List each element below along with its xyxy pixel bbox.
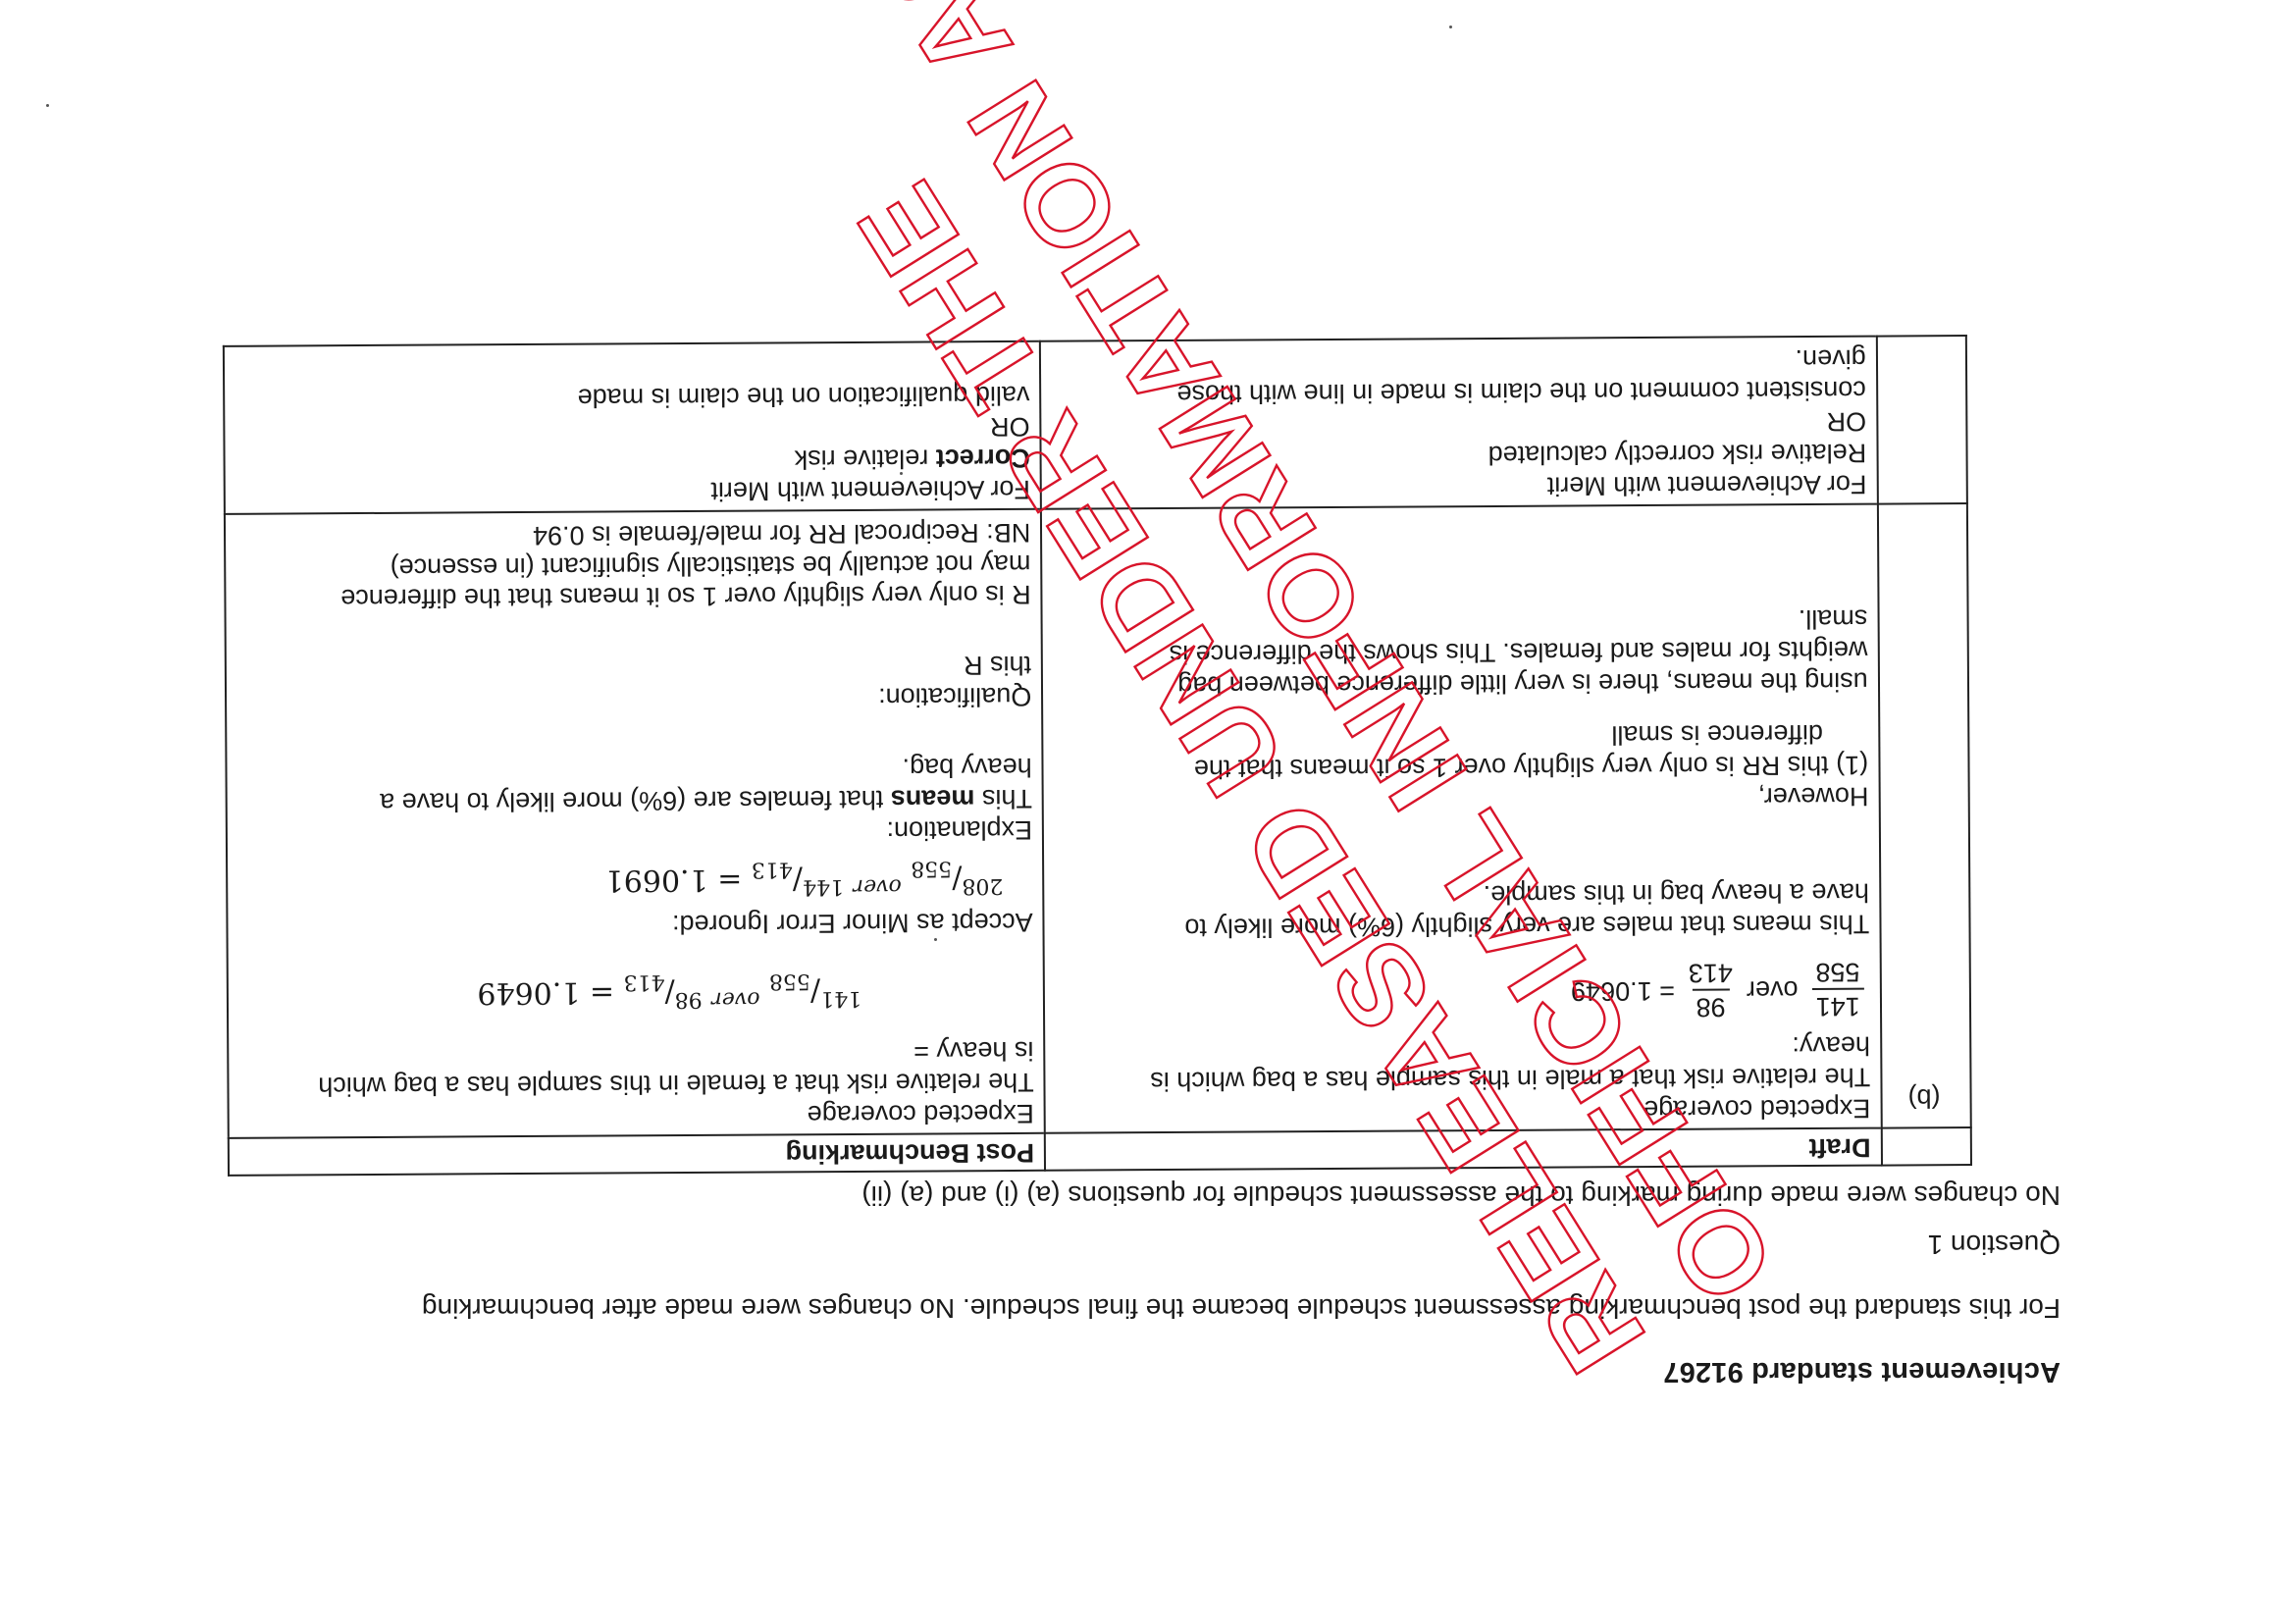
draft-meaning-2: have a heavy bag in this sample. bbox=[1054, 876, 1869, 913]
standard-title: Achievement standard 91267 bbox=[1663, 1355, 2061, 1387]
draft-means-3: small. bbox=[1053, 602, 1868, 639]
post-qualification-2: R is only very slightly over 1 so it mea… bbox=[235, 578, 1030, 614]
draft-meaning-1: This means that males are very slightly … bbox=[1055, 908, 1870, 944]
no-changes-note: No changes were made during marking to t… bbox=[861, 1179, 2061, 1211]
post-merit-2: valid qualification on the claim is made bbox=[235, 379, 1029, 415]
post-rr-calculation-1: 141/558 over 98/413 = 1.0649 bbox=[238, 966, 1033, 1014]
post-benchmarking-cell: Expected coverage The relative risk that… bbox=[225, 509, 1045, 1138]
draft-merit-1: Relative risk correctly calculated bbox=[1052, 437, 1867, 473]
draft-merit-3: given. bbox=[1051, 342, 1866, 379]
post-rr-intro-2: is heavy = bbox=[238, 1034, 1033, 1071]
table-row: (b) Expected coverage The relative risk … bbox=[225, 503, 1971, 1138]
scanned-page: Achievement standard 91267 For this stan… bbox=[0, 0, 2296, 1623]
draft-fraction-2: 98 413 bbox=[1689, 959, 1733, 1021]
draft-point-1a: (1) this RR is only very slightly over 1… bbox=[1054, 749, 1869, 785]
draft-point-1b: difference is small bbox=[1053, 717, 1868, 754]
question-heading: Question 1 bbox=[1928, 1229, 2061, 1260]
post-explanation-label: Explanation: bbox=[237, 813, 1032, 850]
draft-merit-2: consistent comment on the claim is made … bbox=[1051, 374, 1866, 410]
scan-speck bbox=[1449, 26, 1452, 28]
post-merit-heading: For Achievement with Merit bbox=[235, 473, 1030, 509]
header-draft: Draft bbox=[1045, 1128, 1882, 1171]
draft-rr-result: = 1.0649 bbox=[1571, 974, 1675, 1007]
post-rr-calculation-2: 208/558 over 144/413 = 1.0691 bbox=[237, 855, 1032, 903]
draft-merit-cell: For Achievement with Merit Relative risk… bbox=[1040, 336, 1877, 509]
scan-speck bbox=[900, 472, 903, 475]
draft-however: However, bbox=[1054, 780, 1869, 816]
draft-merit-or: OR bbox=[1051, 405, 1866, 442]
header-question bbox=[1881, 1127, 1971, 1165]
draft-rr-intro-2: heavy: bbox=[1055, 1029, 1870, 1066]
draft-rr-calculation: 141 558 over 98 413 = 1.0649 bbox=[1055, 959, 1864, 1025]
post-merit-1: Correct relative risk bbox=[235, 442, 1029, 478]
draft-means-1: using the means, there is very little di… bbox=[1053, 664, 1868, 701]
post-explanation-1: This means that females are (6%) more li… bbox=[237, 782, 1032, 818]
post-nb-note: NB: Reciprocal RR for male/female is 0.9… bbox=[235, 516, 1030, 552]
post-explanation-2: heavy bag. bbox=[236, 751, 1031, 787]
post-expected-coverage: Expected coverage bbox=[239, 1097, 1034, 1133]
draft-means-2: weights for males and females. This show… bbox=[1053, 634, 1868, 670]
post-minor-error: Accept as Minor Error Ignored: bbox=[237, 906, 1032, 942]
post-rr-intro-1: The relative risk that a female in this … bbox=[238, 1066, 1033, 1102]
post-qualification-label: Qualification: bbox=[236, 680, 1031, 716]
assessment-schedule-table: Draft Post Benchmarking (b) Expected cov… bbox=[223, 335, 1972, 1177]
post-merit-cell: For Achievement with Merit Correct relat… bbox=[224, 340, 1041, 513]
post-merit-or: OR bbox=[235, 410, 1029, 446]
intro-paragraph: For this standard the post benchmarking … bbox=[422, 1292, 2061, 1324]
question-label: (b) bbox=[1878, 503, 1971, 1128]
header-post-benchmarking: Post Benchmarking bbox=[229, 1133, 1045, 1176]
draft-over-word: over bbox=[1747, 973, 1799, 1005]
draft-cell: Expected coverage The relative risk that… bbox=[1041, 503, 1881, 1132]
draft-fraction-1: 141 558 bbox=[1811, 959, 1863, 1021]
scan-speck bbox=[46, 104, 49, 107]
draft-merit-heading: For Achievement with Merit bbox=[1052, 468, 1867, 504]
post-qualification-1: this R bbox=[236, 649, 1031, 685]
post-qualification-3: may not actually be statistically signif… bbox=[235, 548, 1030, 584]
draft-rr-intro-1: The relative risk that a male in this sa… bbox=[1056, 1061, 1871, 1097]
table-row-merit: For Achievement with Merit Relative risk… bbox=[224, 336, 1967, 514]
merit-question-cell bbox=[1877, 336, 1967, 504]
scan-speck bbox=[934, 938, 937, 941]
draft-expected-coverage: Expected coverage bbox=[1056, 1092, 1871, 1128]
